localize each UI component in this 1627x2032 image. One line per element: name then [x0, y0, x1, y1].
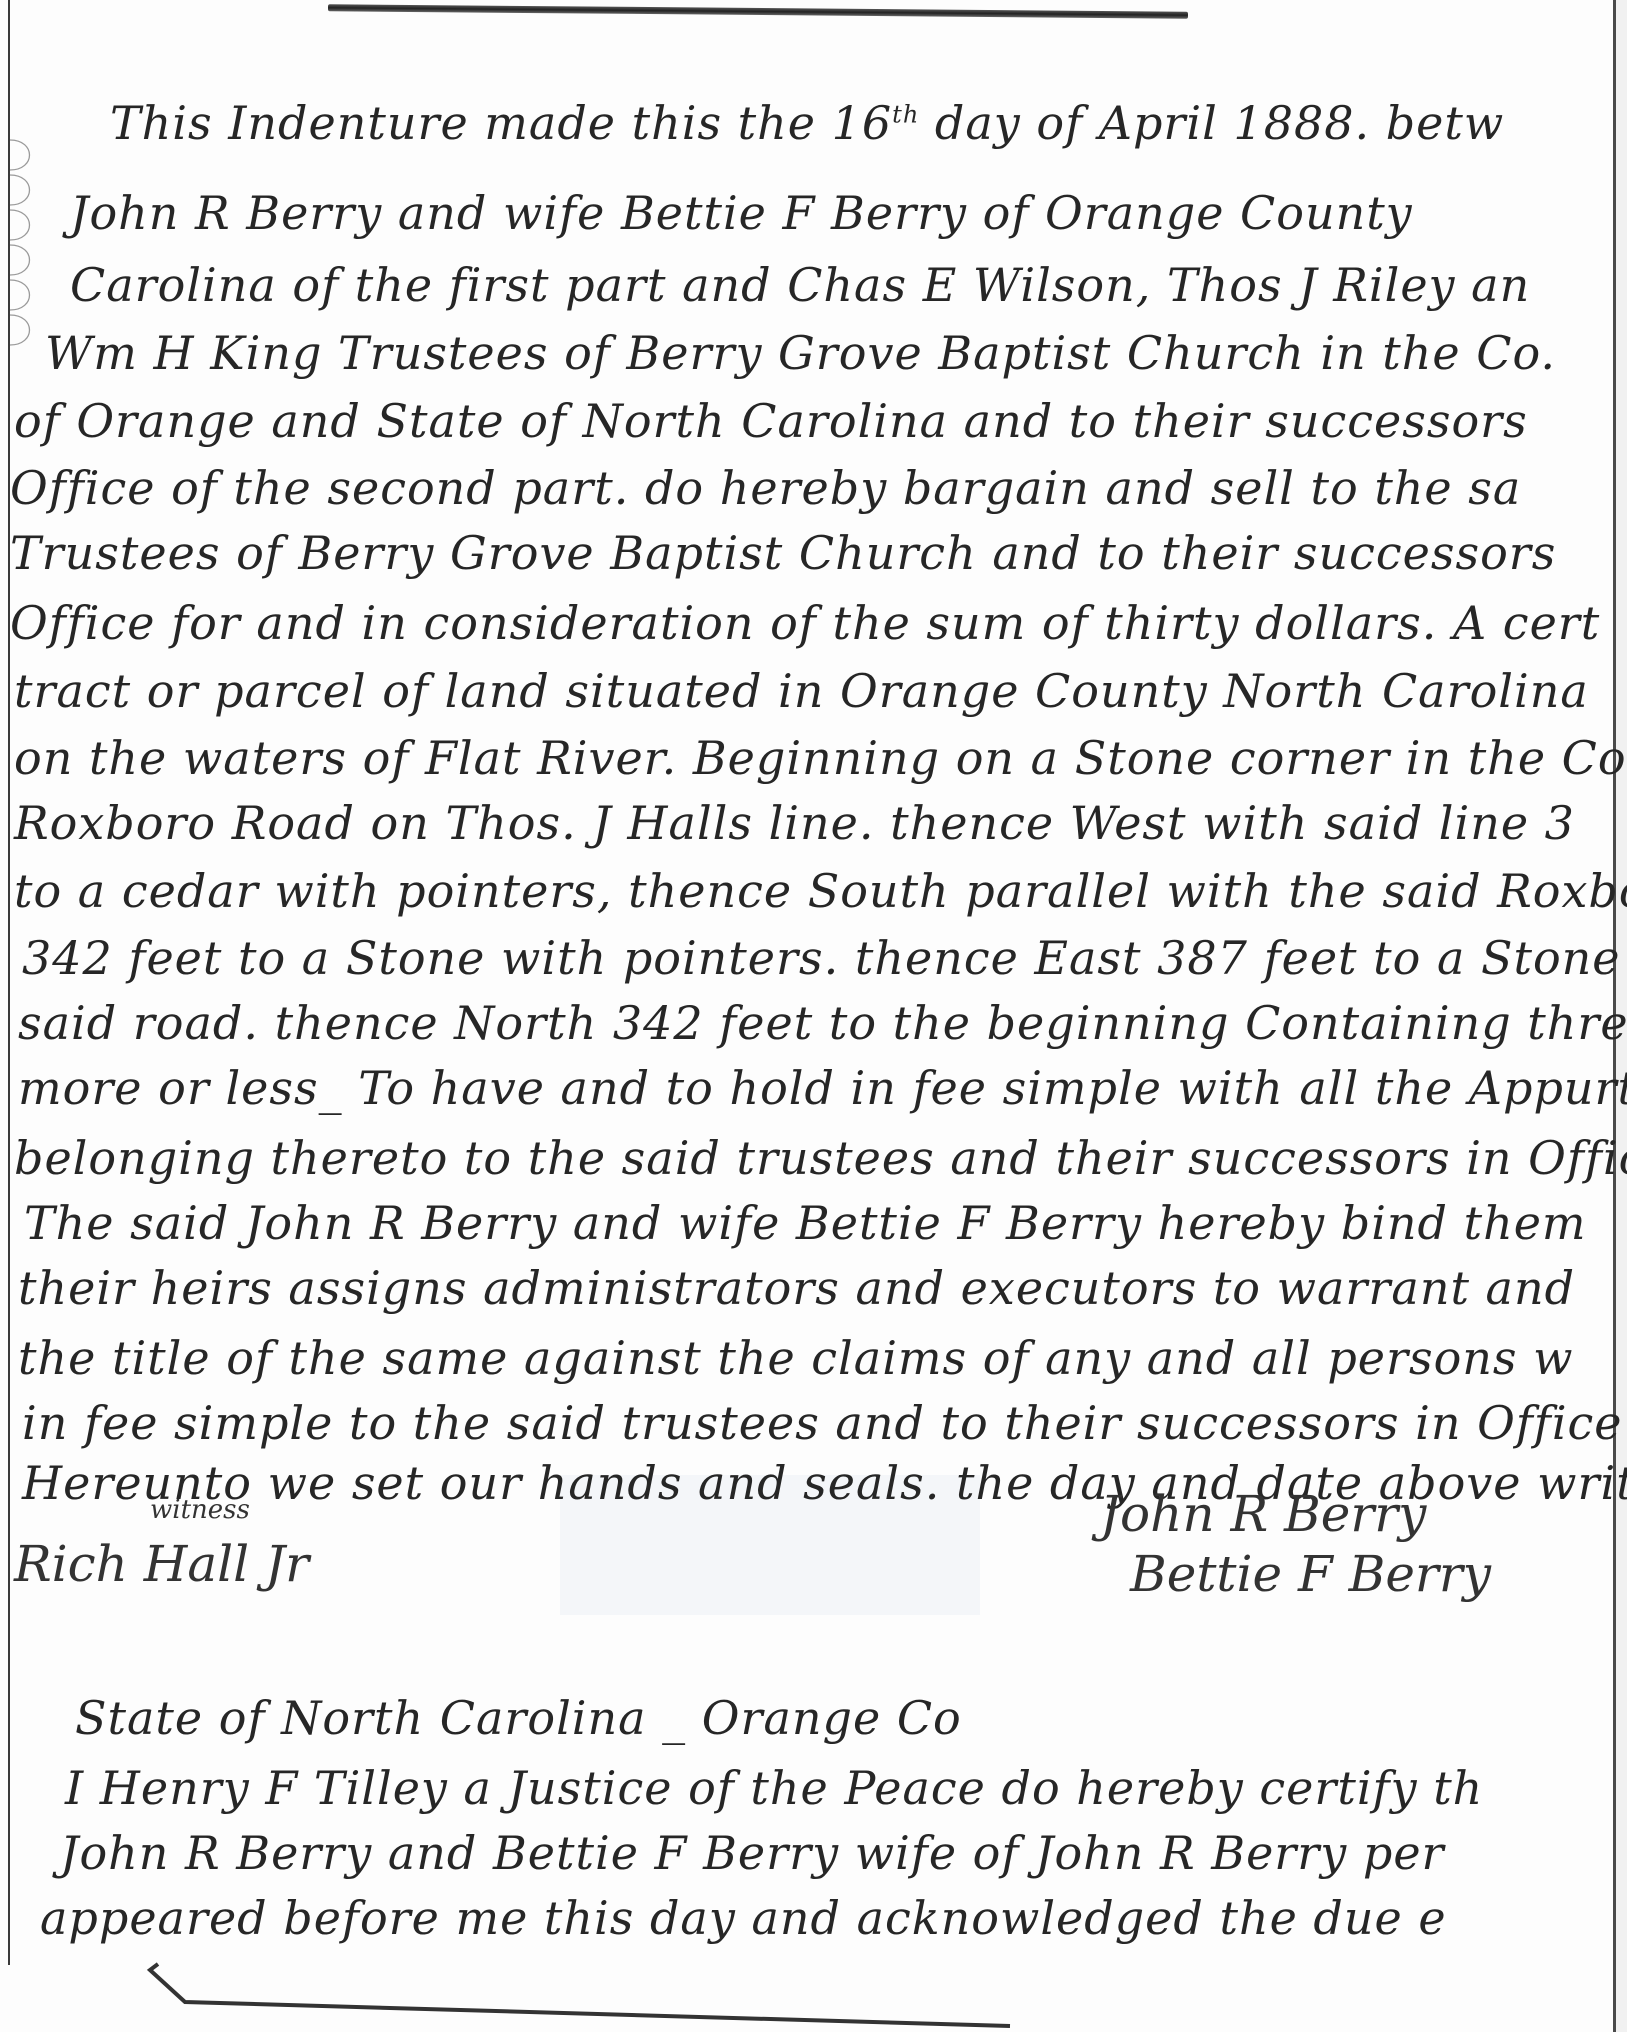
deed-line: on the waters of Flat River. Beginning o… [14, 735, 1627, 781]
deed-line: Wm H King Trustees of Berry Grove Baptis… [45, 330, 1556, 376]
deed-line: said road. thence North 342 feet to the … [18, 1000, 1627, 1046]
signature-bettie-f-berry: Bettie F Berry [1130, 1545, 1491, 1603]
deed-line: their heirs assigns administrators and e… [18, 1265, 1575, 1311]
deed-line: This Indenture made this the 16th day of… [110, 100, 1504, 146]
acknowledgment-line: I Henry F Tilley a Justice of the Peace … [65, 1765, 1483, 1811]
deed-line: John R Berry and wife Bettie F Berry of … [70, 190, 1413, 236]
margin-flourish-icon [6, 130, 46, 360]
witness-label: witness [150, 1495, 250, 1525]
ordinal-suffix: th [892, 101, 919, 129]
signature-john-r-berry: John R Berry [1100, 1485, 1426, 1543]
witness-signature: Rich Hall Jr [14, 1535, 309, 1593]
acknowledgment-heading: State of North Carolina _ Orange Co [75, 1695, 962, 1741]
deed-line: Roxboro Road on Thos. J Halls line. then… [14, 800, 1575, 846]
deed-line: in fee simple to the said trustees and t… [22, 1400, 1627, 1446]
top-rule [328, 4, 1188, 19]
bottom-bracket-line [140, 1960, 1020, 2030]
acknowledgment-line: John R Berry and Bettie F Berry wife of … [60, 1830, 1445, 1876]
deed-line: Office of the second part. do hereby bar… [10, 465, 1521, 511]
deed-line: Carolina of the first part and Chas E Wi… [70, 262, 1530, 308]
line-text: This Indenture made this the 16 [110, 96, 892, 150]
deed-line: more or less_ To have and to hold in fee… [18, 1065, 1627, 1111]
deed-line: of Orange and State of North Carolina an… [14, 398, 1528, 444]
deed-line: tract or parcel of land situated in Oran… [14, 668, 1589, 714]
deed-line: The said John R Berry and wife Bettie F … [24, 1200, 1587, 1246]
deed-line: Trustees of Berry Grove Baptist Church a… [10, 530, 1556, 576]
deed-line: belonging thereto to the said trustees a… [14, 1135, 1627, 1181]
deed-line: Office for and in consideration of the s… [10, 600, 1600, 646]
deed-line: the title of the same against the claims… [18, 1335, 1574, 1381]
acknowledgment-line: appeared before me this day and acknowle… [40, 1895, 1447, 1941]
deed-line: 342 feet to a Stone with pointers. thenc… [22, 935, 1621, 981]
deed-line: to a cedar with pointers, thence South p… [14, 868, 1627, 914]
line-text: day of April 1888. betw [919, 96, 1504, 150]
deed-page: This Indenture made this the 16th day of… [0, 0, 1627, 2032]
